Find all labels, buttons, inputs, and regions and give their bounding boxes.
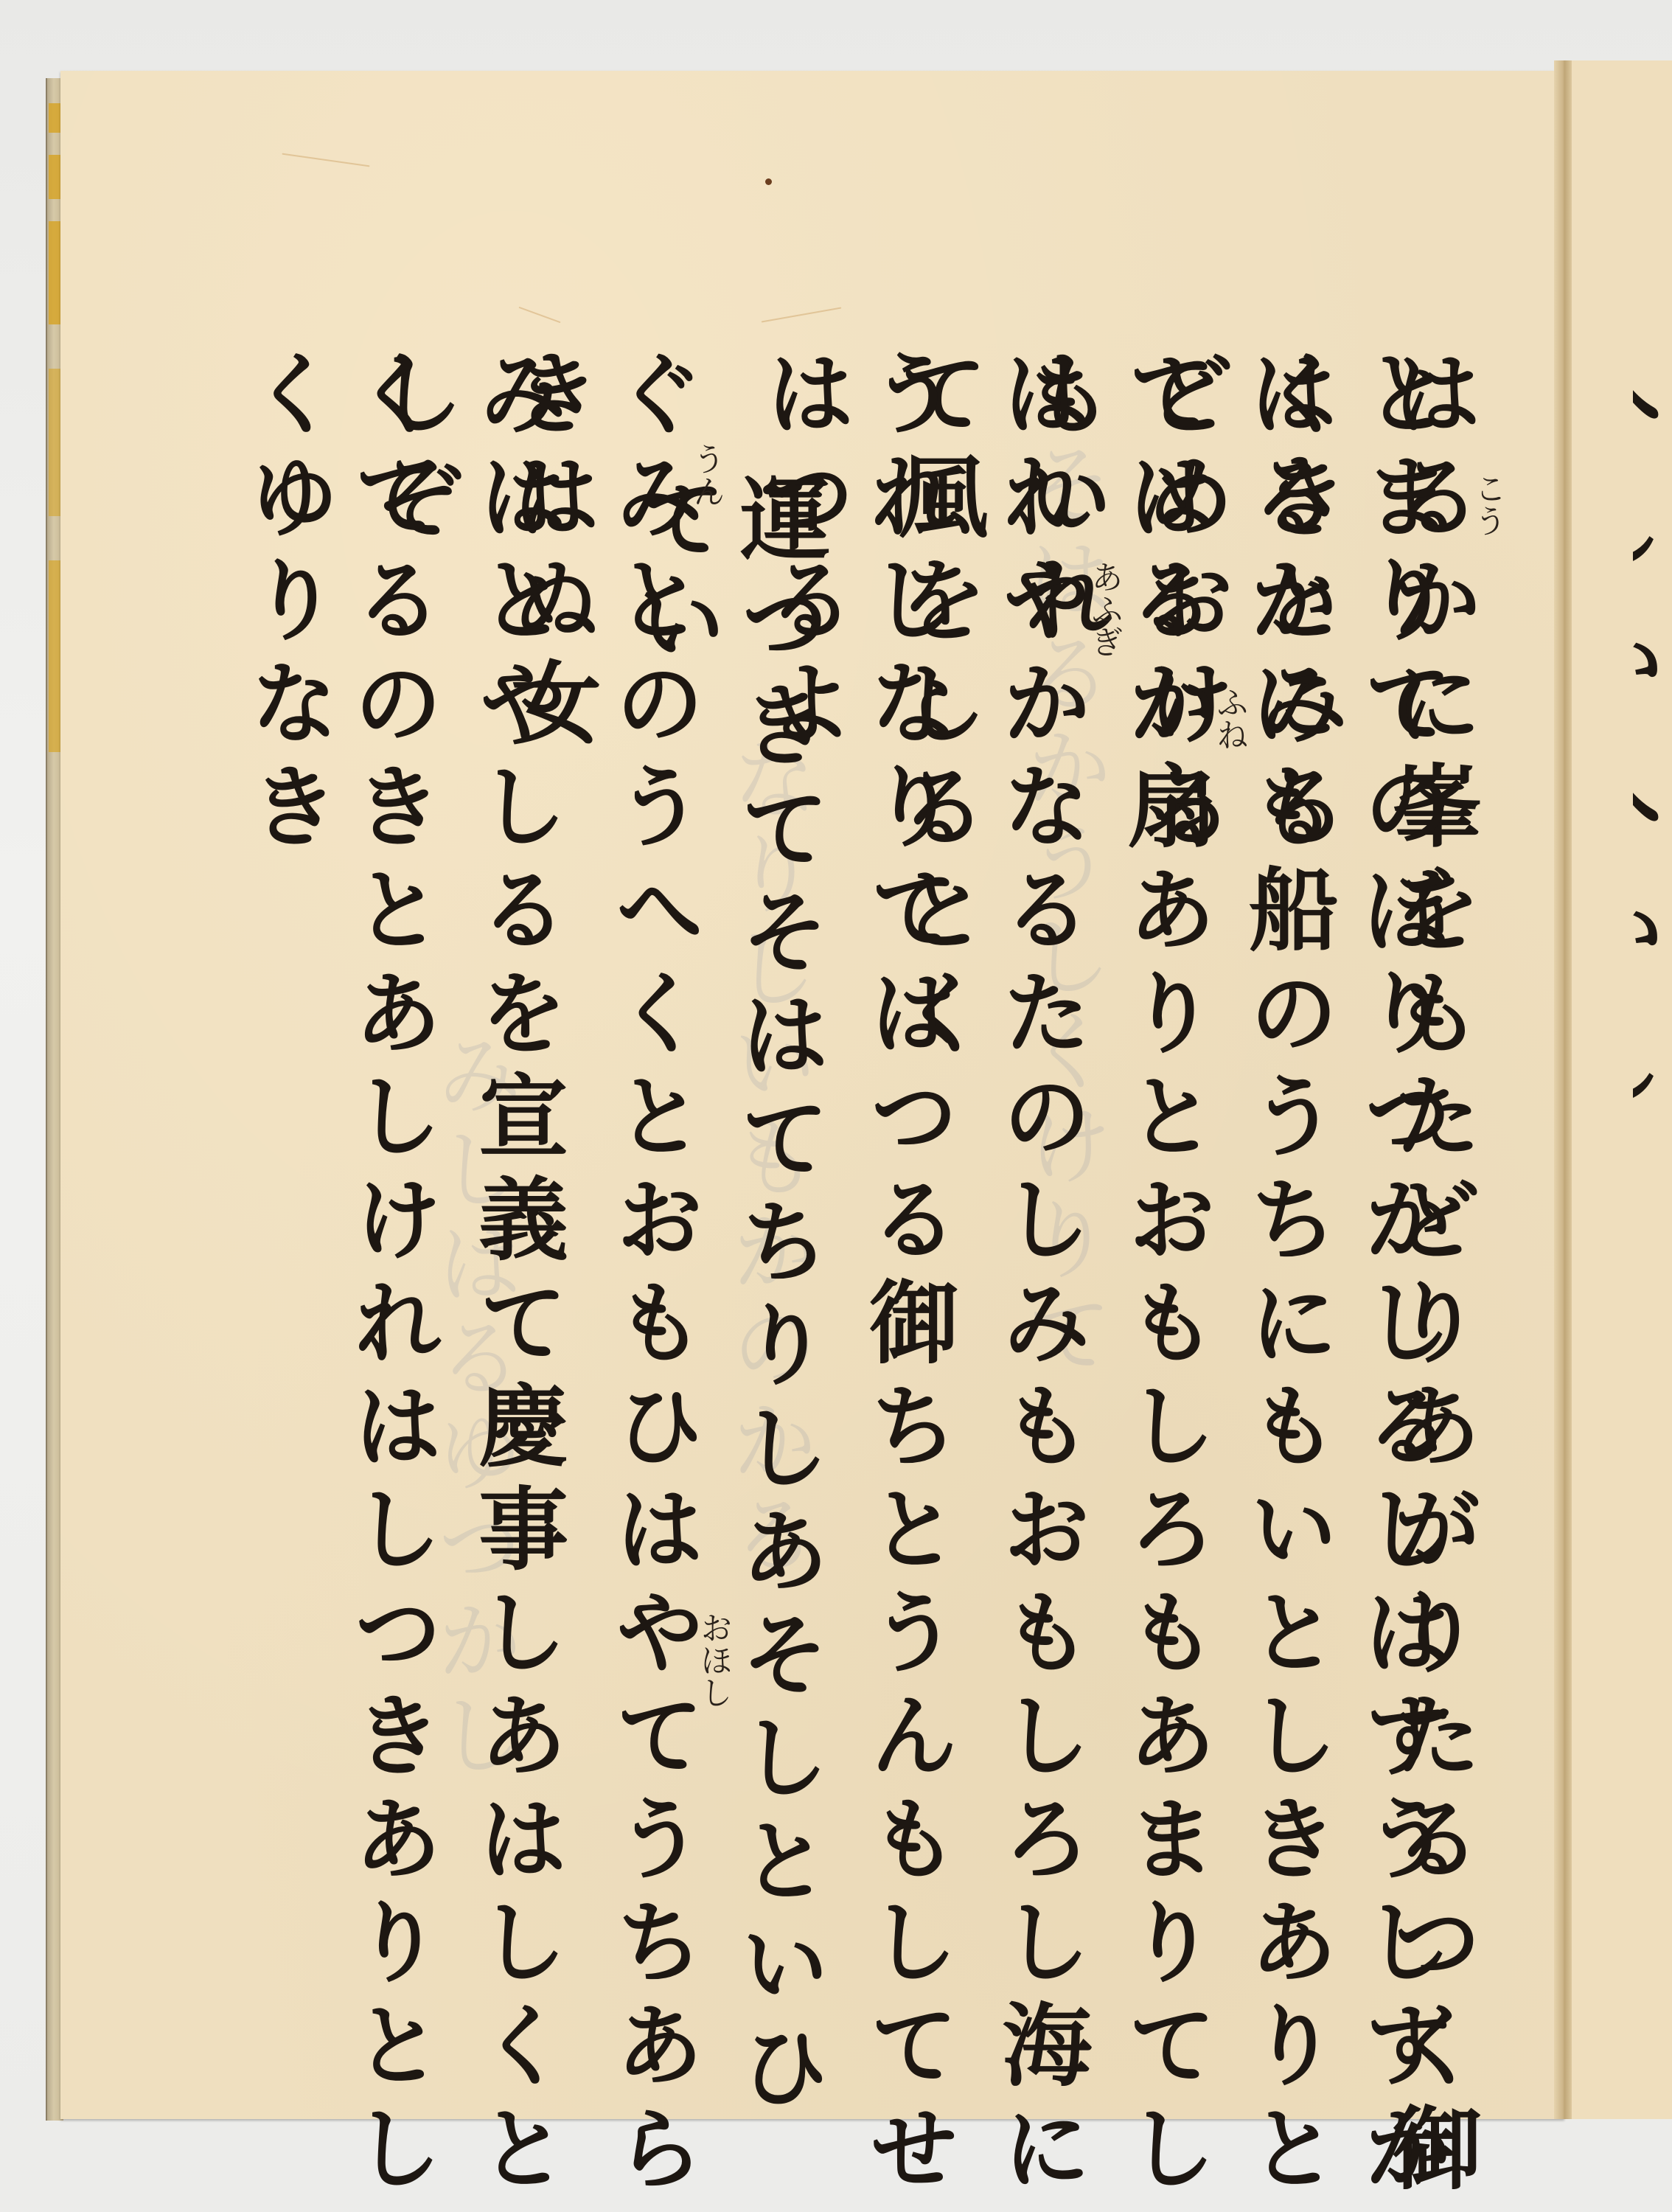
paper-fiber <box>518 307 560 323</box>
gold-leaf-fleck <box>49 221 60 324</box>
paper-fiber <box>762 307 842 322</box>
gold-leaf-fleck <box>49 103 60 133</box>
gold-leaf-fleck <box>49 560 60 752</box>
text-column-10: くてるのきとあしけれはしつきありとしくゆりなき <box>236 347 443 2212</box>
paper-spot <box>765 178 772 185</box>
facing-page-text: へしかへかし <box>1633 347 1672 1152</box>
gold-leaf-fleck <box>49 369 60 516</box>
paper-fiber <box>282 153 369 167</box>
book-gutter <box>1554 60 1573 2119</box>
furigana-8: おほし <box>689 1611 736 1708</box>
gold-leaf-fleck <box>49 155 60 199</box>
furigana-1: こう <box>1463 472 1511 537</box>
